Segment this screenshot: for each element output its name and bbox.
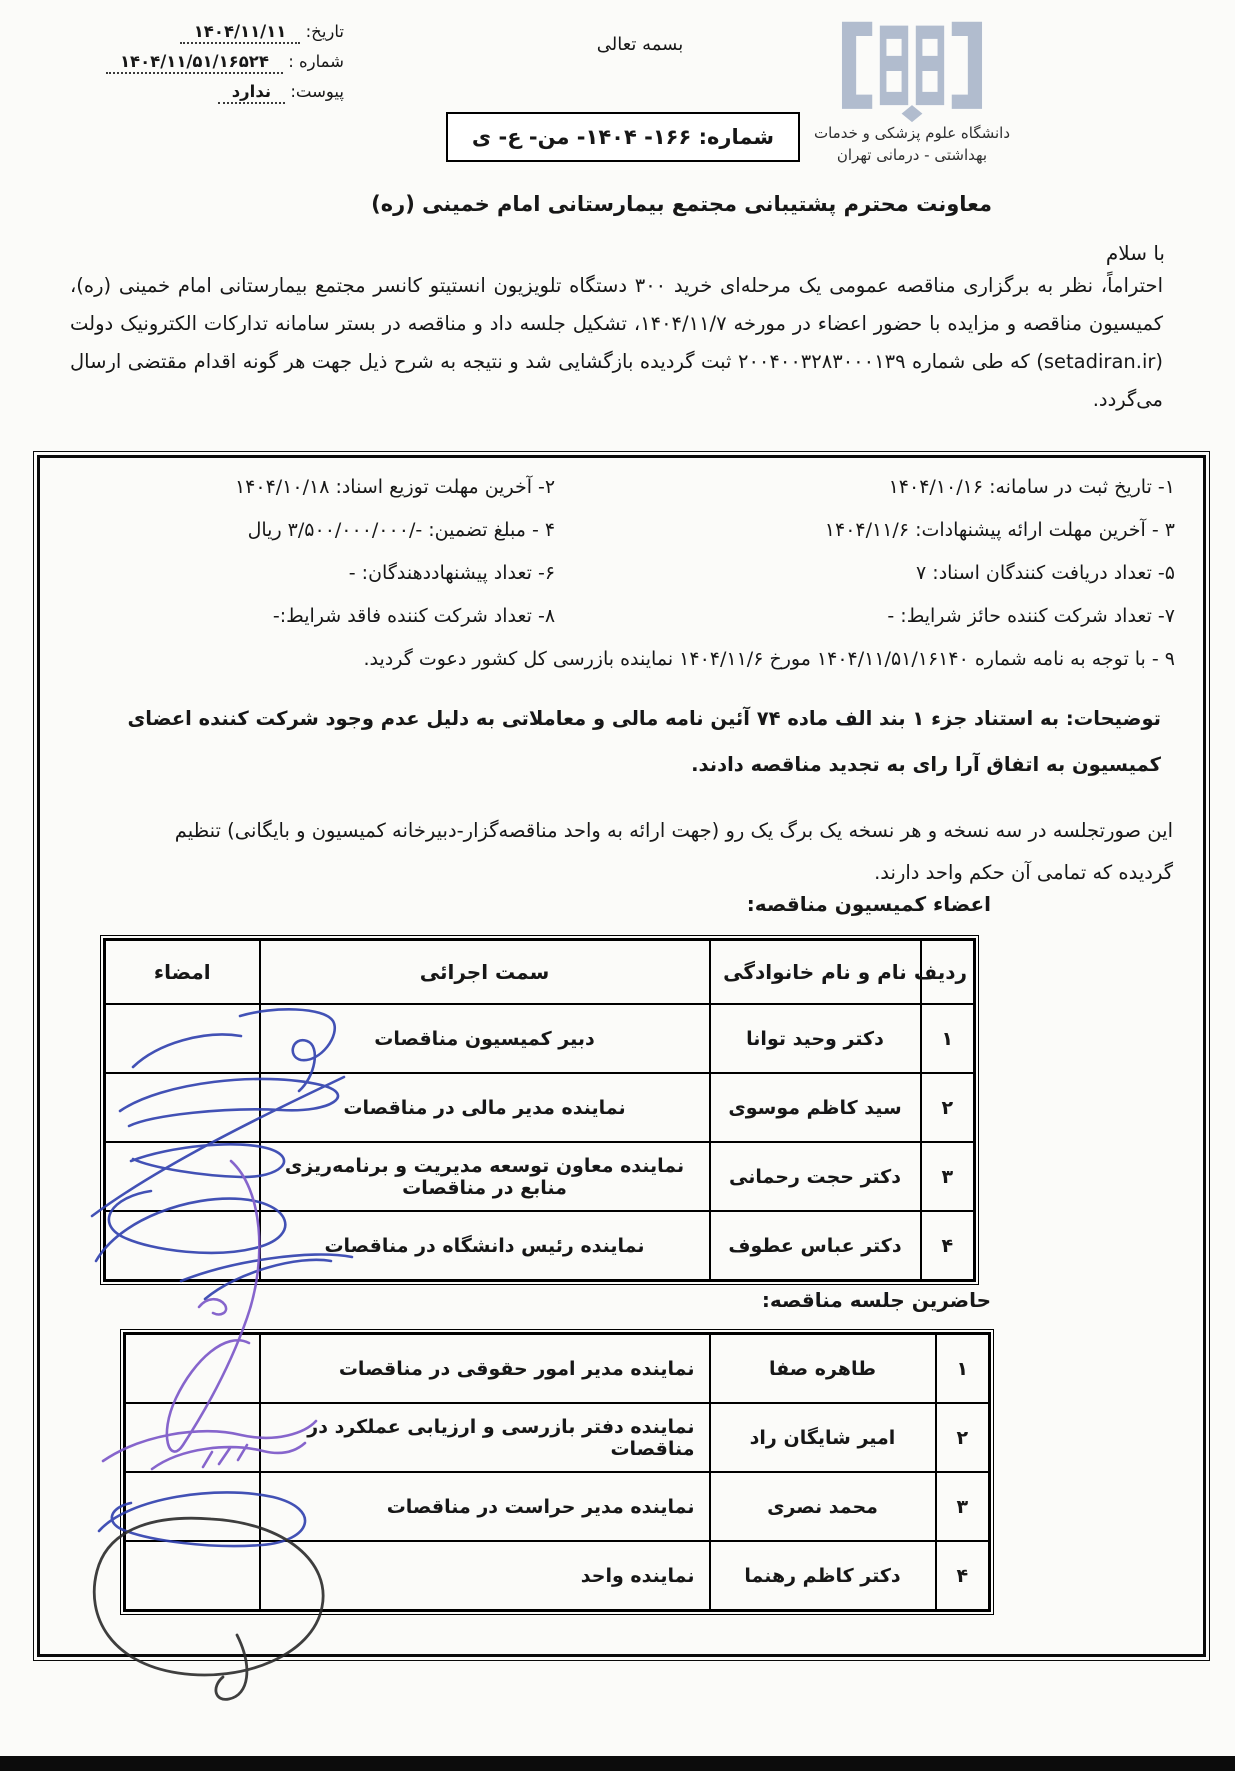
item-3: ۳ - آخرین مهلت ارائه پیشنهادات: ۱۴۰۴/۱۱/… [555,515,1175,545]
attendees-section-title: حاضرین جلسه مناقصه: [762,1288,991,1312]
university-name: دانشگاه علوم پزشکی و خدمات بهداشتی - درم… [792,122,1032,166]
attendee-name: دکتر کاظم رهنما [710,1541,936,1611]
signature-cell [125,1403,260,1472]
copies-note: این صورتجلسه در سه نسخه و هر نسخه یک برگ… [150,810,1173,894]
row-number: ۱ [921,1004,975,1073]
commission-members-table: ردیف نام و نام خانوادگی سمت اجرائی امضاء… [103,938,976,1282]
item-1: ۱- تاریخ ثبت در سامانه: ۱۴۰۴/۱۰/۱۶ [555,472,1175,502]
row-number: ۳ [921,1142,975,1211]
row-number: ۱ [936,1334,990,1404]
table-row: ۱ طاهره صفا نماینده مدیر امور حقوقی در م… [125,1334,990,1404]
signature-cell [105,1073,260,1142]
attendees-table: ۱ طاهره صفا نماینده مدیر امور حقوقی در م… [123,1332,991,1612]
item-9: ۹ - با توجه به نامه شماره ۱۴۰۴/۱۱/۵۱/۱۶۱… [68,644,1175,674]
row-number: ۴ [936,1541,990,1611]
scan-artifact-bar [0,1756,1235,1771]
table-row: ۴ دکتر عباس عطوف نماینده رئیس دانشگاه در… [105,1211,975,1281]
minutes-frame: ۱- تاریخ ثبت در سامانه: ۱۴۰۴/۱۰/۱۶ ۲- آخ… [37,455,1206,1657]
attendee-role: نماینده واحد [260,1541,710,1611]
attendee-name: امیر شایگان راد [710,1403,936,1472]
table-row: ۳ دکتر حجت رحمانی نماینده معاون توسعه مد… [105,1142,975,1211]
table-row: ۲ سید کاظم موسوی نماینده مدیر مالی در من… [105,1073,975,1142]
col-signature: امضاء [105,940,260,1005]
member-name: دکتر حجت رحمانی [710,1142,921,1211]
attendee-name: محمد نصری [710,1472,936,1541]
member-role: نماینده رئیس دانشگاه در مناقصات [260,1211,710,1281]
member-name: دکتر عباس عطوف [710,1211,921,1281]
table-row: ۴ دکتر کاظم رهنما نماینده واحد [125,1541,990,1611]
number-value: ۱۴۰۴/۱۱/۵۱/۱۶۵۲۴ [106,52,283,74]
attendee-role: نماینده مدیر حراست در مناقصات [260,1472,710,1541]
col-name: نام و نام خانوادگی [710,940,921,1005]
letterhead-meta: تاریخ: ۱۴۰۴/۱۱/۱۱ شماره : ۱۴۰۴/۱۱/۵۱/۱۶۵… [52,22,344,112]
row-number: ۳ [936,1472,990,1541]
table-row: ۱ دکتر وحید توانا دبیر کمیسیون مناقصات [105,1004,975,1073]
salutation: با سلام [1106,241,1165,265]
signature-cell [125,1472,260,1541]
member-name: دکتر وحید توانا [710,1004,921,1073]
item-7: ۷- تعداد شرکت کننده حائز شرایط: - [555,601,1175,631]
recipient-heading: معاونت محترم پشتیبانی مجتمع بیمارستانی ا… [371,192,992,216]
date-label: تاریخ: [306,22,344,41]
attachment-label: پیوست: [290,82,344,101]
university-name-line1: دانشگاه علوم پزشکی و خدمات [792,122,1032,144]
date-value: ۱۴۰۴/۱۱/۱۱ [180,22,301,44]
bismillah-text: بسمه تعالی [540,34,740,55]
signature-cell [125,1541,260,1611]
table-header-row: ردیف نام و نام خانوادگی سمت اجرائی امضاء [105,940,975,1005]
attendee-role: نماینده دفتر بازرسی و ارزیابی عملکرد در … [260,1403,710,1472]
number-line: شماره : ۱۴۰۴/۱۱/۵۱/۱۶۵۲۴ [52,52,344,71]
signature-cell [105,1211,260,1281]
notes-paragraph: توضیحات: به استناد جزء ۱ بند الف ماده ۷۴… [124,696,1161,788]
item-8: ۸- تعداد شرکت کننده فاقد شرایط:- [68,601,555,631]
attachment-value: ندارد [218,82,285,104]
member-name: سید کاظم موسوی [710,1073,921,1142]
col-row-number: ردیف [921,940,975,1005]
attachment-line: پیوست: ندارد [52,82,344,101]
table-row: ۲ امیر شایگان راد نماینده دفتر بازرسی و … [125,1403,990,1472]
attendee-role: نماینده مدیر امور حقوقی در مناقصات [260,1334,710,1404]
attendee-name: طاهره صفا [710,1334,936,1404]
member-role: دبیر کمیسیون مناقصات [260,1004,710,1073]
row-number: ۴ [921,1211,975,1281]
letter-body: احتراماً، نظر به برگزاری مناقصه عمومی یک… [70,267,1163,419]
item-5: ۵- تعداد دریافت کنندگان اسناد: ۷ [555,558,1175,588]
item-6: ۶- تعداد پیشنهاددهندگان: - [68,558,555,588]
tender-detail-items: ۱- تاریخ ثبت در سامانه: ۱۴۰۴/۱۰/۱۶ ۲- آخ… [68,472,1175,674]
university-logo-icon [836,18,988,120]
reference-number-box: شماره: ۱۶۶- ۱۴۰۴- من- ع- ی [446,112,800,162]
row-number: ۲ [921,1073,975,1142]
member-role: نماینده مدیر مالی در مناقصات [260,1073,710,1142]
item-4: ۴ - مبلغ تضمین: -/۳/۵۰۰/۰۰۰/۰۰۰ ریال [68,515,555,545]
date-line: تاریخ: ۱۴۰۴/۱۱/۱۱ [52,22,344,41]
row-number: ۲ [936,1403,990,1472]
col-role: سمت اجرائی [260,940,710,1005]
members-section-title: اعضاء کمیسیون مناقصه: [747,892,991,916]
item-2: ۲- آخرین مهلت توزیع اسناد: ۱۴۰۴/۱۰/۱۸ [68,472,555,502]
document-page: تاریخ: ۱۴۰۴/۱۱/۱۱ شماره : ۱۴۰۴/۱۱/۵۱/۱۶۵… [0,0,1235,1771]
university-name-line2: بهداشتی - درمانی تهران [792,144,1032,166]
signature-cell [125,1334,260,1404]
signature-cell [105,1004,260,1073]
signature-cell [105,1142,260,1211]
member-role: نماینده معاون توسعه مدیریت و برنامه‌ریزی… [260,1142,710,1211]
table-row: ۳ محمد نصری نماینده مدیر حراست در مناقصا… [125,1472,990,1541]
number-label: شماره : [288,52,344,71]
